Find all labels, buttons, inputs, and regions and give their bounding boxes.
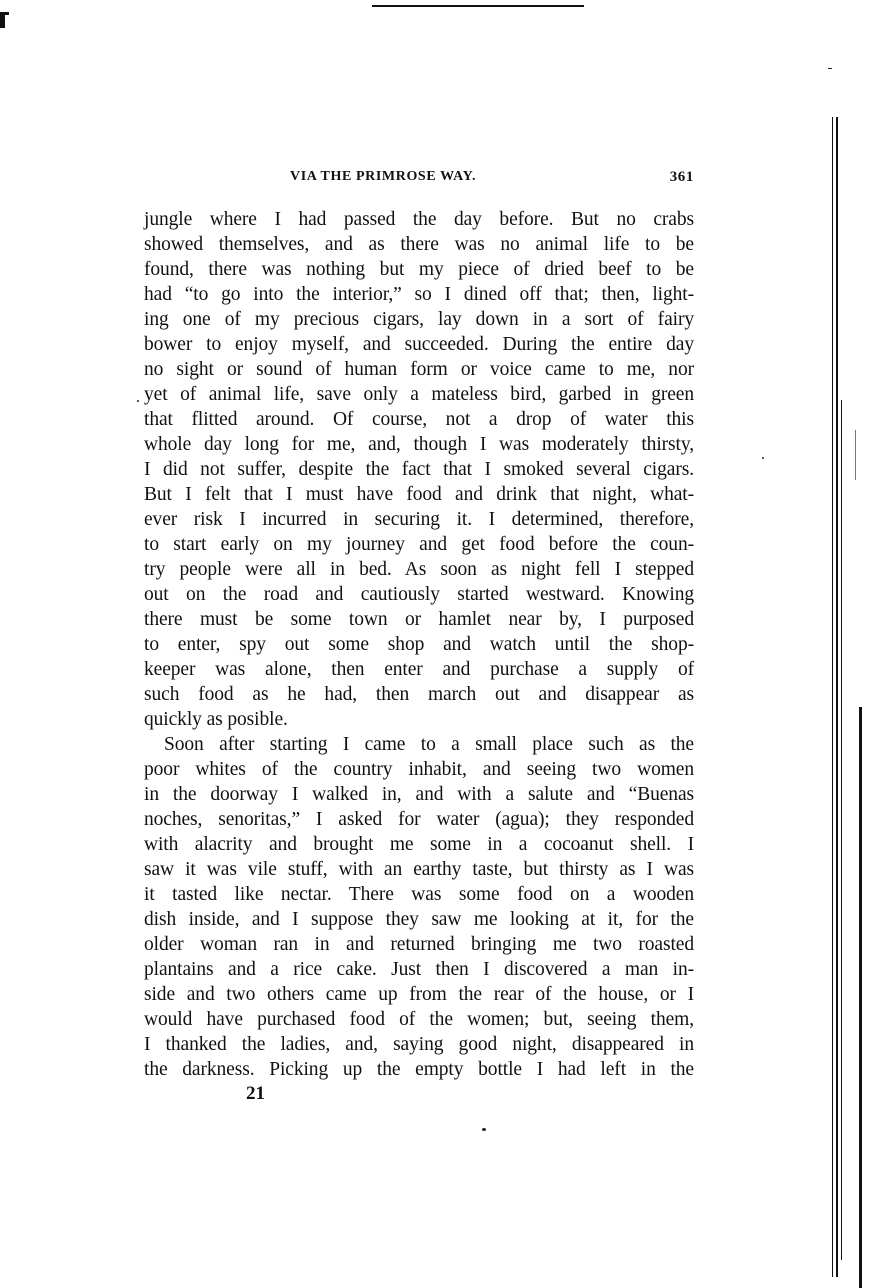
text-line: I did not suffer, despite the fact that … bbox=[144, 457, 694, 482]
text-line: side and two others came up from the rea… bbox=[144, 982, 694, 1007]
text-line: noches, senoritas,” I asked for water (a… bbox=[144, 807, 694, 832]
text-line: would have purchased food of the women; … bbox=[144, 1007, 694, 1032]
corner-scan-mark bbox=[0, 12, 5, 28]
text-line: such food as he had, then march out and … bbox=[144, 682, 694, 707]
text-line: try people were all in bed. As soon as n… bbox=[144, 557, 694, 582]
text-line: quickly as posible. bbox=[144, 707, 694, 732]
scan-speck bbox=[137, 400, 139, 402]
text-line: saw it was vile stuff, with an earthy ta… bbox=[144, 857, 694, 882]
text-line: I thanked the ladies, and, saying good n… bbox=[144, 1032, 694, 1057]
signature-mark: 21 bbox=[246, 1083, 265, 1105]
binding-gutter-line bbox=[859, 707, 862, 1288]
binding-gutter-line bbox=[836, 117, 838, 1277]
text-line: the darkness. Picking up the empty bottl… bbox=[144, 1057, 694, 1082]
text-line: found, there was nothing but my piece of… bbox=[144, 257, 694, 282]
scan-speck bbox=[762, 457, 764, 459]
binding-gutter-line bbox=[855, 430, 856, 480]
running-head-title: VIA THE PRIMROSE WAY. bbox=[290, 169, 476, 185]
scan-speck bbox=[482, 1128, 486, 1131]
text-line: jungle where I had passed the day before… bbox=[144, 207, 694, 232]
text-line: to start early on my journey and get foo… bbox=[144, 532, 694, 557]
text-line: it tasted like nectar. There was some fo… bbox=[144, 882, 694, 907]
text-line: older woman ran in and returned bringing… bbox=[144, 932, 694, 957]
body-text: jungle where I had passed the day before… bbox=[144, 207, 694, 1082]
text-line: plantains and a rice cake. Just then I d… bbox=[144, 957, 694, 982]
text-line: poor whites of the country inhabit, and … bbox=[144, 757, 694, 782]
text-line: that flitted around. Of course, not a dr… bbox=[144, 407, 694, 432]
binding-gutter-line bbox=[832, 117, 833, 1277]
binding-gutter-line bbox=[841, 400, 842, 1260]
text-line: yet of animal life, save only a mateless… bbox=[144, 382, 694, 407]
top-edge-rule bbox=[372, 5, 584, 7]
running-head: VIA THE PRIMROSE WAY. 361 bbox=[290, 169, 694, 189]
text-line: dish inside, and I suppose they saw me l… bbox=[144, 907, 694, 932]
page-number: 361 bbox=[670, 169, 694, 186]
text-line: in the doorway I walked in, and with a s… bbox=[144, 782, 694, 807]
text-line: no sight or sound of human form or voice… bbox=[144, 357, 694, 382]
text-line: ing one of my precious cigars, lay down … bbox=[144, 307, 694, 332]
text-line: ever risk I incurred in securing it. I d… bbox=[144, 507, 694, 532]
text-line: with alacrity and brought me some in a c… bbox=[144, 832, 694, 857]
text-line: to enter, spy out some shop and watch un… bbox=[144, 632, 694, 657]
text-line: showed themselves, and as there was no a… bbox=[144, 232, 694, 257]
text-line: out on the road and cautiously started w… bbox=[144, 582, 694, 607]
text-line: keeper was alone, then enter and purchas… bbox=[144, 657, 694, 682]
text-line: But I felt that I must have food and dri… bbox=[144, 482, 694, 507]
text-line: there must be some town or hamlet near b… bbox=[144, 607, 694, 632]
scan-speck bbox=[828, 68, 832, 69]
text-line: bower to enjoy myself, and succeeded. Du… bbox=[144, 332, 694, 357]
text-line: whole day long for me, and, though I was… bbox=[144, 432, 694, 457]
text-line-paragraph-start: Soon after starting I came to a small pl… bbox=[144, 732, 694, 757]
text-line: had “to go into the interior,” so I dine… bbox=[144, 282, 694, 307]
